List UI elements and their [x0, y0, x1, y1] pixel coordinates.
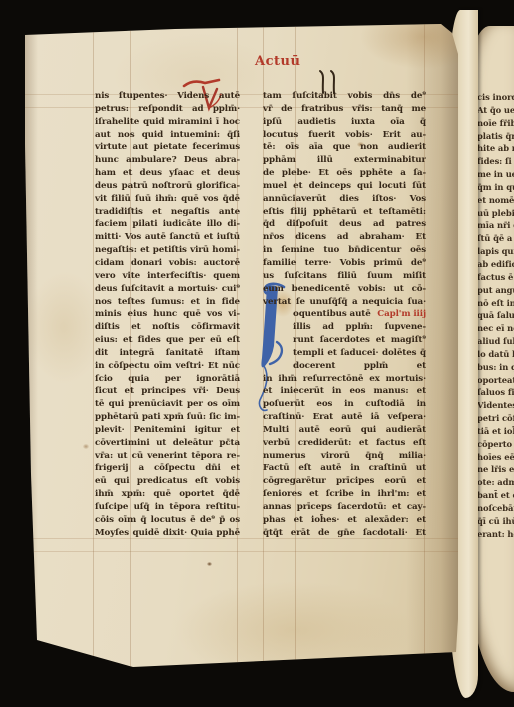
text-line: petrus: reſpondit ad pplm̄· Viri [95, 103, 240, 116]
text-column-right: tam ſuſcitabit vobis dn̄s de⁹vr̄ de frat… [263, 90, 426, 540]
facing-page-lines: cis inordioAt q̄o ueniānoīe fr̄ibus ipla… [477, 91, 514, 541]
text-line: cōperto q̄d [477, 438, 514, 451]
text-line: annas prīceps ſacerdotū: et cay- [263, 501, 426, 514]
text-line: fides: ſi nos [477, 155, 514, 168]
text-line: cōgregarētur prīcipes eorū et [263, 475, 426, 488]
text-line: deus ſuſcitavit a mortuis· cui⁹ [95, 283, 240, 296]
text-line: cis inordio [477, 91, 514, 104]
text-line: ſtū q̄ē a uo [477, 232, 514, 245]
text-line: frigerij a cōſpectu dn̄i et miſerit [95, 462, 240, 475]
text-line: eius: et fides que per eū eſt de- [95, 334, 240, 347]
text-line: factus ē in [477, 271, 514, 284]
ink-speck [83, 444, 89, 449]
text-line: eum benedicentē vobis: ut cō- [263, 283, 426, 296]
text-line: craſtinū· Erat autē iā veſpera· [263, 411, 426, 424]
text-line: ihm̄ xpm̄: quē oportet q̄dē celū [95, 488, 240, 501]
text-line: platis q̄rem [477, 130, 514, 143]
text-line: cōvertimini ut deleātur pc̄ta [95, 437, 240, 450]
text-line: vertat ſe unuſq̄ſq̄ a nequicia ſua· [263, 296, 426, 309]
text-line: poſuerūt eos in cuſtodiā in [263, 398, 426, 411]
text-line: lapis qui re [477, 245, 514, 258]
text-line: nec eī nomē [477, 322, 514, 335]
text-line: vr̄a: ut cū venerint tēpora re- [95, 450, 240, 463]
text-line: faciem pilati iudicāte illo di- [95, 218, 240, 231]
running-title: Actuū [255, 54, 325, 69]
text-line: dit integrā ſanitatē iſtam [95, 347, 240, 360]
text-line: us ſuſcitans filiū ſuum miſit [263, 270, 426, 283]
text-line: ſicut et principes vr̄i· Deus au- [95, 385, 240, 398]
text-line: eſtis filij pphētarū et teſtamēti: [263, 206, 426, 219]
chapter-opening-line: oquentibus autēCapl'm iiij [263, 308, 426, 321]
text-line: ſeniores et ſcribe in ihrl'm: et [263, 488, 426, 501]
text-line: de plebe· Et oēs pphēte a ſa- [263, 167, 426, 180]
text-line: ham et deus yſaac et deus iacob· [95, 167, 240, 180]
text-line: hunc ambulare? Deus abra- [95, 154, 240, 167]
text-line: vero vite interfeciſtis· quem [95, 270, 240, 283]
ruling-line [25, 551, 458, 552]
text-line: lo datū hoī [477, 348, 514, 361]
text-line: nos teſtes ſumus: et in fide no- [95, 296, 240, 309]
text-line: vit filiū ſuū ihm̄: quē vos q̄dē [95, 193, 240, 206]
text-line: bant̄ et cog [477, 489, 514, 502]
text-line: locutus fuerit vobis· Erit au- [263, 129, 426, 142]
text-line: ne lr̄is et ydi [477, 463, 514, 476]
text-line: illis ad pplm̄: ſupvene- [263, 321, 426, 334]
text-line: petri cōſtan [477, 412, 514, 425]
text-line: muel et deinceps qui locuti ſūt [263, 180, 426, 193]
text-line: diſtis et noſtis cōfirmavit nomē [95, 321, 240, 334]
text-line: Moyſes quidē dixit· Quia pphē [95, 527, 240, 540]
text-line: vr̄ de fratribus vr̄is: tanq̄ me [263, 103, 426, 116]
text-line: in ihm̄ reſurrectōnē ex mortuis· [263, 373, 426, 386]
text-line: bus: in quo [477, 361, 514, 374]
text-line: mitti· Vos autē ſanctū et iuſtū [95, 231, 240, 244]
text-line: noſcebāt eos [477, 502, 514, 515]
text-line: deus patrū noſtrorū glorifica- [95, 180, 240, 193]
text-line: oporteat nos [477, 374, 514, 387]
text-line: annūciaverūt dies iſtos· Vos [263, 193, 426, 206]
text-line: put anguli· [477, 284, 514, 297]
text-line: ote: admira [477, 476, 514, 489]
text-line: aliud ſub ce [477, 335, 514, 348]
text-line: numerus virorū q̄nq̄ milia· [263, 450, 426, 463]
text-line: Multi autē eorū qui audierāt [263, 424, 426, 437]
text-line: eū qui predicatus eſt vobis [95, 475, 240, 488]
text-line: cidam donari vobis: auctorē [95, 257, 240, 270]
text-line: ſcio quia per ignorātiā feciſtis: [95, 373, 240, 386]
text-line: noīe fr̄ibus i [477, 117, 514, 130]
text-line: negaſtis: et petiſtis virū homi- [95, 244, 240, 257]
text-line: docerent pplm̄ et annūciarēt [263, 360, 426, 373]
text-line: templi et ſaducei· dolētes q̄ [263, 347, 426, 360]
text-line: tē qui prenūciavit per os oīm [95, 398, 240, 411]
text-line: virtute aut pietate fecerimus [95, 141, 240, 154]
text-line: pphām illū exterminabitur [263, 154, 426, 167]
text-line: tē: oīs aīa que non audierit [263, 141, 426, 154]
text-line: q̄d diſpoſuit deus ad patres [263, 218, 426, 231]
text-line: in ſemine tuo bn̄dicentur oēs [263, 244, 426, 257]
text-line: aut nos quid intuemini: q̄ſi nr̄a [95, 129, 240, 142]
text-line: familie terre· Vobis primū de⁹ [263, 257, 426, 270]
text-line: tam ſuſcitabit vobis dn̄s de⁹ [263, 90, 426, 103]
text-line: ſuſcipe uſq̄ in tēpora reſtitu- [95, 501, 240, 514]
text-line: q̄m in quo [477, 181, 514, 194]
text-line: Videntes aū [477, 399, 514, 412]
text-line: uū plebi aſt [477, 207, 514, 220]
ruling-line [93, 24, 94, 669]
text-line: nr̄os dicens ad abraham· Et [263, 231, 426, 244]
chapter-opening-text: oquentibus autē [293, 308, 371, 321]
text-line: mīa nr̄i dīe [477, 219, 514, 232]
text-line: plevit· Penitemini igitur et [95, 424, 240, 437]
chapter-rubric: Capl'm iiij [377, 308, 426, 321]
text-line: ipſū audietis iuxta oīa q̄ [263, 116, 426, 129]
text-line: minis eius hunc quē vos vi- [95, 308, 240, 321]
text-line: verbū crediderūt: et factus eſt [263, 437, 426, 450]
text-line: Factū eſt autē in craſtinū ut [263, 462, 426, 475]
manuscript-page: Actuū nis ſtupentes· Videns autēpetrus: … [25, 24, 458, 669]
text-line: in cōſpectu oīm veſtri· Et nūc [95, 360, 240, 373]
text-line: At q̄o ueniā [477, 104, 514, 117]
text-line: ab edificā [477, 258, 514, 271]
text-line: phas et ioh̄es· et alexāder: et [263, 514, 426, 527]
text-line: et iniecerūt in eos manus: et [263, 385, 426, 398]
text-line: nis ſtupentes· Videns autē [95, 90, 240, 103]
text-line: q̄tq̄t erāt de gn̄e ſacdotali· Et ſtatuē… [263, 527, 426, 540]
ink-speck [207, 562, 212, 566]
text-line: et nomē ih̄u [477, 194, 514, 207]
text-line: nō eſt in al [477, 297, 514, 310]
text-line: quā ſalus· [477, 309, 514, 322]
text-line: iſrahelite quid miramini ī hoc [95, 116, 240, 129]
text-line: me in uenīt [477, 168, 514, 181]
text-column-left: nis ſtupentes· Videns autēpetrus: reſpon… [95, 90, 240, 540]
text-line: q̄ī cū ihū fu [477, 515, 514, 528]
text-line: hite ab nos· [477, 142, 514, 155]
text-line: hoīes eēnt ſi [477, 451, 514, 464]
manuscript-photo: cis inordioAt q̄o ueniānoīe fr̄ibus ipla… [0, 0, 514, 707]
text-line: tiā et ioh̄is: [477, 425, 514, 438]
text-line: ſaluos fieri· [477, 386, 514, 399]
text-line: cōis oīm q̄ locutus ē de⁹ p̄ os ſcōrū [95, 514, 240, 527]
text-line: erant: hoīem [477, 528, 514, 541]
text-line: runt ſacerdotes et magiſt⁹ [263, 334, 426, 347]
text-line: pphētarū pati xpm̄ ſuū: ſic im- [95, 411, 240, 424]
text-line: tradidiſtis et negaſtis ante [95, 206, 240, 219]
